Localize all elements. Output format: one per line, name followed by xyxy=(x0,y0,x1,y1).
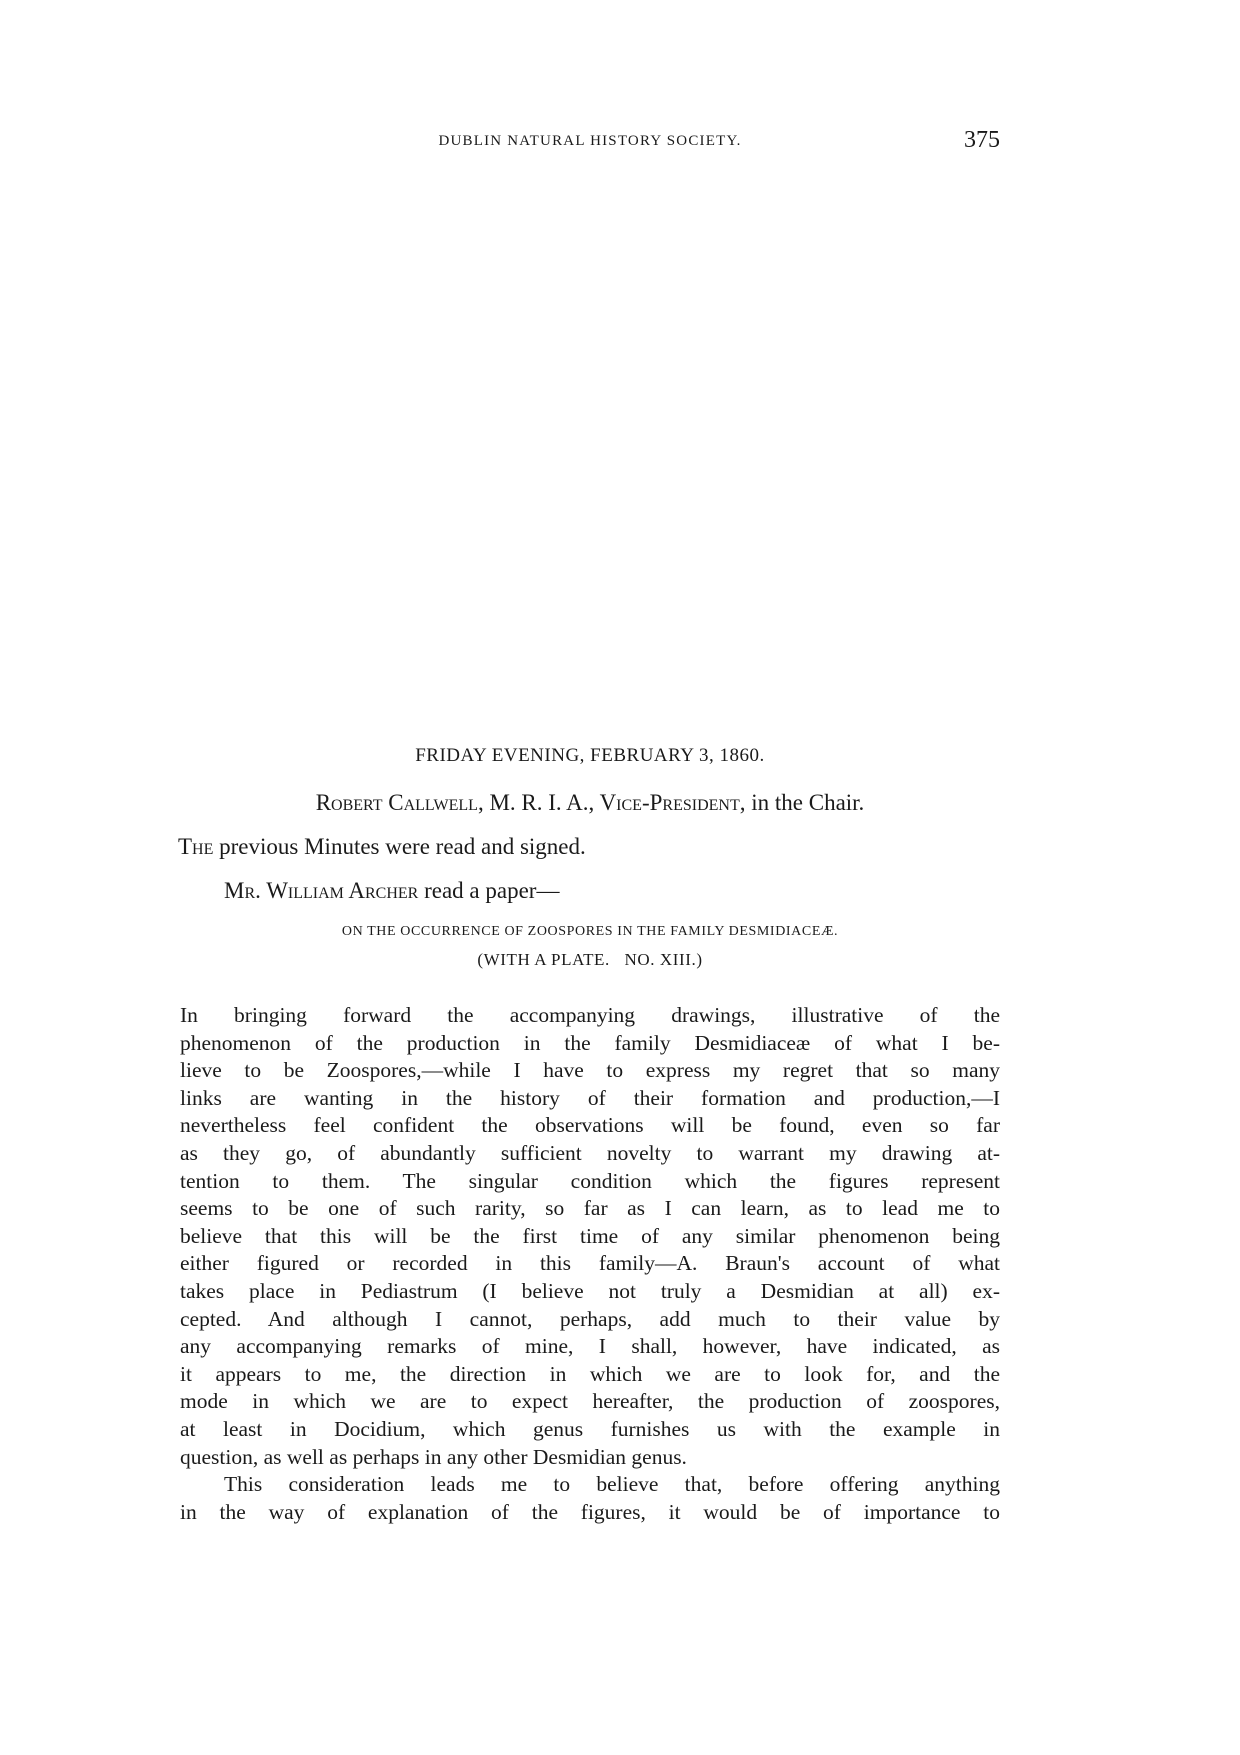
body-line: as they go, of abundantly sufficient nov… xyxy=(180,1140,1000,1168)
body-text: In bringing forward the accompanying dra… xyxy=(180,1002,1000,1526)
body-line: This consideration leads me to believe t… xyxy=(180,1471,1000,1499)
document-page: Dublin Natural History Society. 375 FRID… xyxy=(0,0,1240,1755)
body-line: seems to be one of such rarity, so far a… xyxy=(180,1195,1000,1223)
body-line: nevertheless feel confident the observat… xyxy=(180,1112,1000,1140)
body-line: links are wanting in the history of thei… xyxy=(180,1085,1000,1113)
body-line: lieve to be Zoospores,—while I have to e… xyxy=(180,1057,1000,1085)
body-line: in the way of explanation of the figures… xyxy=(180,1499,1000,1527)
minutes-line: The previous Minutes were read and signe… xyxy=(178,834,586,860)
running-head: Dublin Natural History Society. 375 xyxy=(180,127,1000,157)
body-line: takes place in Pediastrum (I believe not… xyxy=(180,1278,1000,1306)
meeting-date-heading: FRIDAY EVENING, FEBRUARY 3, 1860. xyxy=(180,745,1000,767)
body-line: at least in Docidium, which genus furnis… xyxy=(180,1416,1000,1444)
chair-name: Robert Callwell, M. R. I. A., Vice-Presi… xyxy=(316,790,746,815)
page-number: 375 xyxy=(964,127,1000,154)
paper-title: ON THE OCCURRENCE OF ZOOSPORES IN THE FA… xyxy=(180,924,1000,940)
body-line: phenomenon of the production in the fami… xyxy=(180,1030,1000,1058)
chair-line: Robert Callwell, M. R. I. A., Vice-Presi… xyxy=(180,790,1000,816)
chair-suffix: in the Chair. xyxy=(745,790,864,815)
reader-name: Mr. William Archer xyxy=(224,878,418,903)
body-line: cepted. And although I cannot, perhaps, … xyxy=(180,1306,1000,1334)
minutes-lead: The xyxy=(178,834,213,859)
reader-rest: read a paper— xyxy=(418,878,559,903)
body-line: any accompanying remarks of mine, I shal… xyxy=(180,1333,1000,1361)
body-line: believe that this will be the first time… xyxy=(180,1223,1000,1251)
body-line: In bringing forward the accompanying dra… xyxy=(180,1002,1000,1030)
reader-line: Mr. William Archer read a paper— xyxy=(224,878,559,904)
minutes-rest: previous Minutes were read and signed. xyxy=(213,834,585,859)
paper-subtitle: (WITH A PLATE. NO. XIII.) xyxy=(180,950,1000,970)
body-line: either figured or recorded in this famil… xyxy=(180,1250,1000,1278)
running-head-title: Dublin Natural History Society. xyxy=(180,133,1000,150)
body-line: question, as well as perhaps in any othe… xyxy=(180,1444,1000,1472)
body-line: it appears to me, the direction in which… xyxy=(180,1361,1000,1389)
body-line: mode in which we are to expect hereafter… xyxy=(180,1388,1000,1416)
body-line: tention to them. The singular condition … xyxy=(180,1168,1000,1196)
